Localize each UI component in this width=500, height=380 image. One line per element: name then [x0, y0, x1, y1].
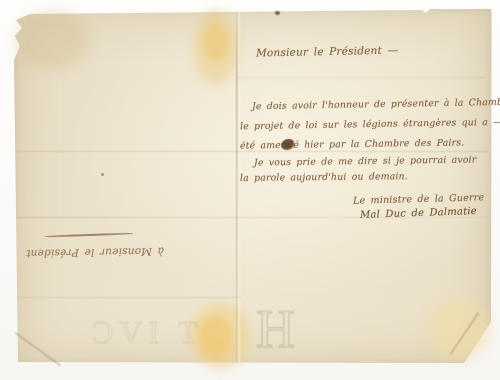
address-line-reversed: à Monsieur le Président	[26, 245, 164, 259]
body-line: la parole aujourd'hui ou demain.	[240, 171, 408, 184]
photo-background: ƆVI T H Monsieur le Président — Je dois …	[0, 0, 500, 380]
letter-paper	[14, 8, 491, 364]
